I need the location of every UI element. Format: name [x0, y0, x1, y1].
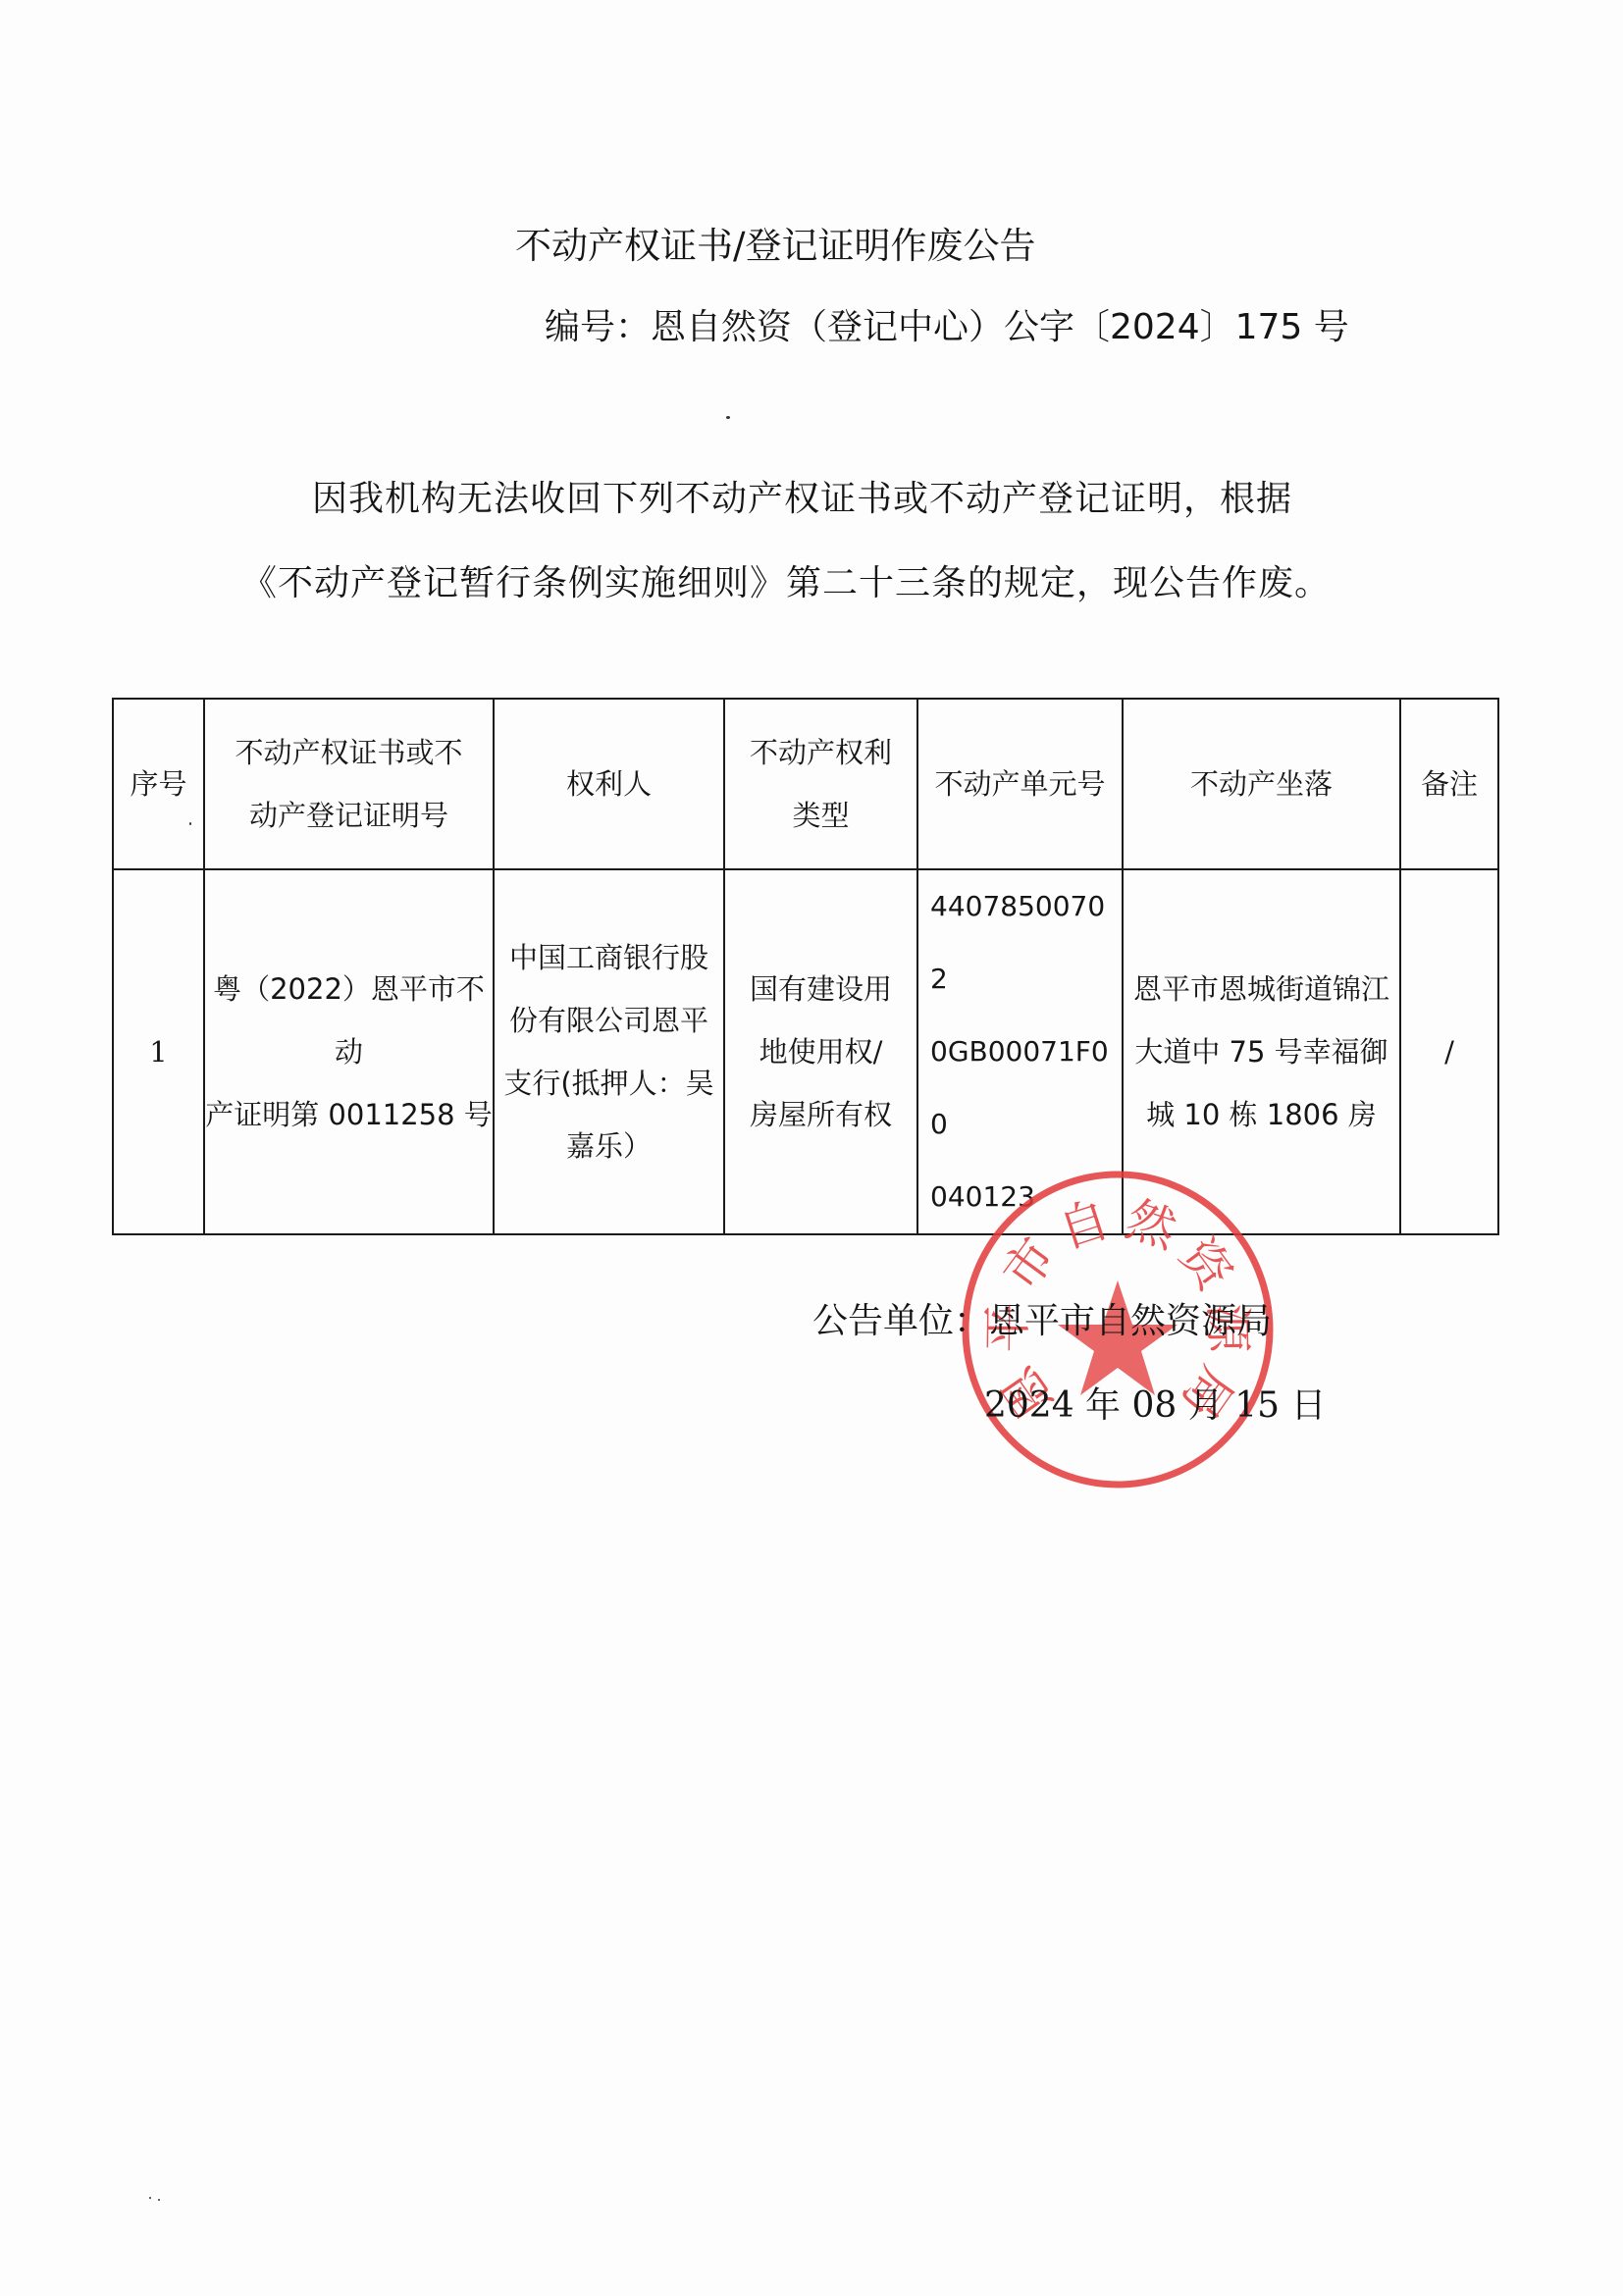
- cell-right-holder: 中国工商银行股 份有限公司恩平 支行(抵押人：吴 嘉乐）: [494, 869, 724, 1234]
- voided-certificates-table: 序号 不动产权证书或不 动产登记证明号 权利人 不动产权利 类型 不动产单元号 …: [112, 698, 1499, 1235]
- svg-text:自: 自: [1052, 1190, 1116, 1260]
- svg-text:资: 资: [1169, 1227, 1244, 1301]
- scan-speck: [726, 416, 730, 419]
- page-title: 不动产权证书/登记证明作废公告: [515, 216, 1035, 269]
- issuer-name: 恩平市自然资源局: [989, 1301, 1272, 1341]
- header-remark: 备注: [1400, 699, 1498, 869]
- header-right-type: 不动产权利 类型: [724, 699, 917, 869]
- scan-speck: [158, 2199, 160, 2201]
- svg-text:然: 然: [1120, 1190, 1184, 1260]
- issuer-label: 公告单位：: [812, 1301, 989, 1341]
- cell-remark: /: [1400, 869, 1498, 1234]
- cell-index: 1: [113, 869, 204, 1234]
- header-certificate-number: 不动产权证书或不 动产登记证明号: [204, 699, 494, 869]
- cell-right-type: 国有建设用 地使用权/ 房屋所有权: [724, 869, 917, 1234]
- issue-date: 2024 年 08 月 15 日: [984, 1378, 1326, 1428]
- document-number: 编号：恩自然资（登记中心）公字〔2024〕175 号: [545, 299, 1349, 349]
- body-paragraph-line-1: 因我机构无法收回下列不动产权证书或不动产登记证明，根据: [312, 471, 1292, 521]
- header-unit-number: 不动产单元号: [917, 699, 1123, 869]
- body-paragraph-line-2: 《不动产登记暂行条例实施细则》第二十三条的规定，现公告作废。: [241, 555, 1331, 605]
- header-index: 序号: [113, 699, 204, 869]
- table-row: 1 粤（2022）恩平市不动 产证明第 0011258 号 中国工商银行股 份有…: [113, 869, 1498, 1234]
- scan-speck: [149, 2197, 151, 2199]
- scan-speck: [189, 822, 191, 825]
- issuer-line: 公告单位：恩平市自然资源局: [812, 1293, 1272, 1343]
- table-header-row: 序号 不动产权证书或不 动产登记证明号 权利人 不动产权利 类型 不动产单元号 …: [113, 699, 1498, 869]
- svg-text:市: 市: [992, 1227, 1067, 1301]
- header-right-holder: 权利人: [494, 699, 724, 869]
- header-location: 不动产坐落: [1123, 699, 1400, 869]
- cell-certificate-number: 粤（2022）恩平市不动 产证明第 0011258 号: [204, 869, 494, 1234]
